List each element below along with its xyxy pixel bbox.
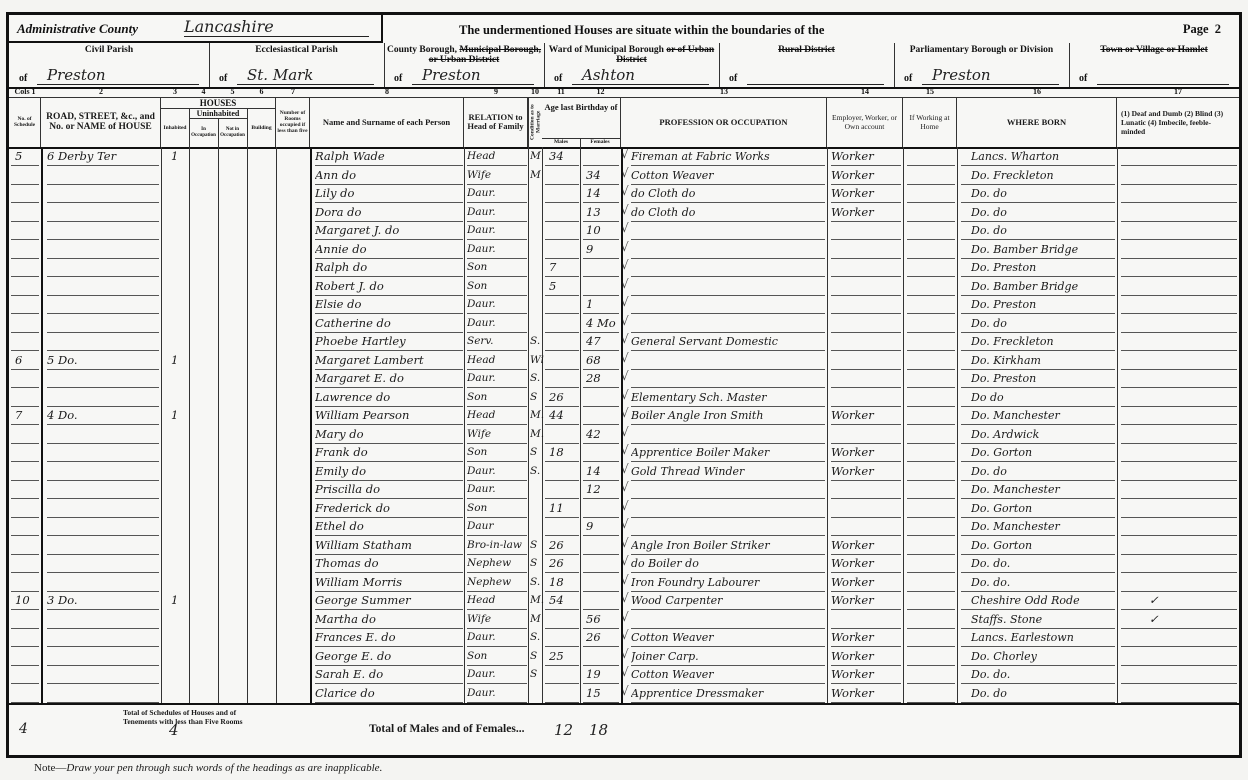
employer-status	[831, 389, 901, 406]
area-cell: Town or Village or Hamletof	[1069, 43, 1239, 87]
occupation	[631, 481, 826, 498]
birthplace: Do. do.	[971, 555, 1117, 572]
table-row: William MorrisNephewS.18Iron Foundry Lab…	[9, 573, 1239, 592]
relation: Wife	[467, 611, 527, 628]
address	[47, 611, 159, 628]
area-of-label: of	[19, 73, 27, 84]
table-row: Sarah E. doDaur.S19Cotton WeaverWorkerDo…	[9, 665, 1239, 684]
infirmity	[1149, 518, 1189, 535]
female-age: 1	[586, 296, 620, 313]
inhabited-count	[171, 648, 187, 665]
male-age	[549, 296, 579, 313]
relation: Nephew	[467, 555, 527, 572]
column-number: 17	[1117, 87, 1239, 96]
relation: Wife	[467, 426, 527, 443]
infirmity	[1149, 444, 1189, 461]
schedule-number	[15, 333, 39, 350]
area-title: Parliamentary Borough or Division	[894, 45, 1069, 55]
occupation: Angle Iron Boiler Striker	[631, 537, 826, 554]
occupation: Gold Thread Winder	[631, 463, 826, 480]
checkmark-icon: √	[621, 406, 629, 420]
person-name: Clarice do	[315, 685, 463, 702]
relation: Daur.	[467, 241, 527, 258]
female-age	[586, 389, 620, 406]
relation: Head	[467, 407, 527, 424]
male-age	[549, 481, 579, 498]
females-total: 18	[589, 721, 608, 739]
relation: Serv.	[467, 333, 527, 350]
address	[47, 333, 159, 350]
male-age	[549, 333, 579, 350]
inhabited-count	[171, 370, 187, 387]
address	[47, 222, 159, 239]
condition: M.	[530, 426, 544, 443]
area-title: Ecclesiastical Parish	[209, 45, 384, 55]
inhabited-count	[171, 463, 187, 480]
condition: S.	[530, 463, 544, 480]
checkmark-icon: √	[621, 573, 629, 587]
employer-status: Worker	[831, 685, 901, 702]
area-title: Town or Village or Hamlet	[1069, 45, 1239, 55]
relation: Son	[467, 648, 527, 665]
table-row: 65 Do.1Margaret LambertHeadWid68Do. Kirk…	[9, 351, 1239, 370]
infirmity	[1149, 370, 1189, 387]
employer-status: Worker	[831, 185, 901, 202]
table-row: Priscilla doDaur.12Do. Manchester√	[9, 480, 1239, 499]
condition	[530, 315, 544, 332]
employer-status	[831, 500, 901, 517]
table-row: Clarice doDaur.15Apprentice DressmakerWo…	[9, 684, 1239, 703]
infirmity	[1149, 222, 1189, 239]
entries-grid: 56 Derby Ter1Ralph WadeHeadM34Fireman at…	[9, 147, 1239, 703]
footnote: Note—Draw your pen through such words of…	[34, 762, 382, 774]
area-value: Preston	[412, 66, 534, 85]
male-age: 18	[549, 444, 579, 461]
infirmity	[1149, 685, 1189, 702]
checkmark-icon: √	[621, 314, 629, 328]
area-of-label: of	[904, 73, 912, 84]
inhabited-count	[171, 611, 187, 628]
occupation: Elementary Sch. Master	[631, 389, 826, 406]
schedule-number	[15, 555, 39, 572]
infirmity	[1149, 259, 1189, 276]
female-age: 14	[586, 185, 620, 202]
employer-status: Worker	[831, 574, 901, 591]
male-age: 34	[549, 148, 579, 165]
checkmark-icon: √	[621, 203, 629, 217]
table-row: Dora doDaur.13do Cloth doWorkerDo. do√	[9, 203, 1239, 222]
table-row: Lily doDaur.14do Cloth doWorkerDo. do√	[9, 184, 1239, 203]
person-name: Ralph Wade	[315, 148, 463, 165]
female-age	[586, 500, 620, 517]
inhabited-count	[171, 666, 187, 683]
inhabited-count	[171, 296, 187, 313]
condition: S	[530, 444, 544, 461]
male-age	[549, 685, 579, 702]
birthplace: Do. Preston	[971, 370, 1117, 387]
inhabited-count	[171, 167, 187, 184]
female-age	[586, 444, 620, 461]
condition: M	[530, 148, 544, 165]
schedule-number: 10	[15, 592, 39, 609]
column-heads: No. of Schedule ROAD, STREET, &c., and N…	[9, 97, 1239, 149]
address	[47, 685, 159, 702]
schedule-number	[15, 518, 39, 535]
female-age: 9	[586, 241, 620, 258]
person-name: Frank do	[315, 444, 463, 461]
address	[47, 648, 159, 665]
birthplace: Do. Preston	[971, 296, 1117, 313]
person-name: Margaret Lambert	[315, 352, 463, 369]
checkmark-icon: √	[621, 240, 629, 254]
condition	[530, 222, 544, 239]
area-of-label: of	[394, 73, 402, 84]
person-name: Ethel do	[315, 518, 463, 535]
area-of-label: of	[219, 73, 227, 84]
occupation	[631, 426, 826, 443]
occupation: Apprentice Dressmaker	[631, 685, 826, 702]
relation: Head	[467, 592, 527, 609]
page-label: Page	[1183, 22, 1209, 36]
infirmity	[1149, 463, 1189, 480]
male-age	[549, 222, 579, 239]
inhabited-count	[171, 315, 187, 332]
condition	[530, 204, 544, 221]
admin-county-box: Administrative County Lancashire	[9, 15, 383, 43]
checkmark-icon: √	[621, 684, 629, 698]
person-name: Frederick do	[315, 500, 463, 517]
female-age: 9	[586, 518, 620, 535]
birthplace: Do. Gorton	[971, 537, 1117, 554]
infirmity: ✓	[1149, 611, 1189, 628]
female-age: 47	[586, 333, 620, 350]
birthplace: Do. do	[971, 685, 1117, 702]
inhabited-total: 4	[169, 721, 179, 739]
employer-status	[831, 518, 901, 535]
condition: Wid	[530, 352, 544, 369]
relation: Daur.	[467, 296, 527, 313]
relation: Daur.	[467, 204, 527, 221]
schedule-number	[15, 222, 39, 239]
area-value: Preston	[37, 66, 199, 85]
birthplace: Do. do	[971, 204, 1117, 221]
column-number: Cols 1	[9, 87, 41, 96]
area-header-row: Civil Parish ofPrestonEcclesiastical Par…	[9, 43, 1239, 89]
infirmity	[1149, 167, 1189, 184]
address: 5 Do.	[47, 352, 159, 369]
schedule-number	[15, 426, 39, 443]
column-number: 4	[189, 87, 218, 96]
col-relation-head: RELATION to Head of Family	[464, 97, 528, 147]
table-row: Mary doWifeM.42Do. Ardwick√	[9, 425, 1239, 444]
female-age: 14	[586, 463, 620, 480]
male-age: 26	[549, 389, 579, 406]
column-number: 14	[827, 87, 903, 96]
employer-status: Worker	[831, 167, 901, 184]
address	[47, 241, 159, 258]
person-name: Robert J. do	[315, 278, 463, 295]
totals-row: 4 Total of Schedules of Houses and of Te…	[9, 703, 1239, 755]
table-row: George E. doSonS25Joiner Carp.WorkerDo. …	[9, 647, 1239, 666]
condition	[530, 481, 544, 498]
female-age: 26	[586, 629, 620, 646]
relation: Wife	[467, 167, 527, 184]
male-age	[549, 315, 579, 332]
person-name: William Morris	[315, 574, 463, 591]
checkmark-icon: √	[621, 369, 629, 383]
employer-status	[831, 315, 901, 332]
schedule-number	[15, 389, 39, 406]
not-in-occupation-label: Not in Occupation	[218, 119, 248, 147]
person-name: Annie do	[315, 241, 463, 258]
male-age	[549, 241, 579, 258]
female-age: 12	[586, 481, 620, 498]
schedule-number	[15, 315, 39, 332]
male-age	[549, 370, 579, 387]
column-number: 11	[542, 87, 580, 96]
area-title: Civil Parish	[9, 45, 209, 55]
female-age: 19	[586, 666, 620, 683]
person-name: Dora do	[315, 204, 463, 221]
inhabited-count	[171, 537, 187, 554]
table-row: 74 Do.1William PearsonHeadM.44Boiler Ang…	[9, 406, 1239, 425]
birthplace: Do. do	[971, 185, 1117, 202]
admin-county-label: Administrative County	[17, 21, 138, 37]
occupation	[631, 259, 826, 276]
employer-status: Worker	[831, 204, 901, 221]
column-number: 6	[247, 87, 276, 96]
checkmark-icon: √	[621, 295, 629, 309]
schedule-number	[15, 648, 39, 665]
condition	[530, 518, 544, 535]
address	[47, 278, 159, 295]
schedule-number	[15, 574, 39, 591]
table-row: Lawrence doSonS26Elementary Sch. MasterD…	[9, 388, 1239, 407]
occupation: Wood Carpenter	[631, 592, 826, 609]
table-row: Thomas doNephewS26do Boiler doWorkerDo. …	[9, 554, 1239, 573]
area-title-plain: Parliamentary Borough or Division	[910, 45, 1053, 55]
person-name: Priscilla do	[315, 481, 463, 498]
males-label: Males	[542, 138, 581, 147]
person-name: Frances E. do	[315, 629, 463, 646]
relation: Daur.	[467, 463, 527, 480]
condition: S	[530, 537, 544, 554]
infirmity	[1149, 537, 1189, 554]
age-label: Age last Birthday of	[542, 103, 620, 112]
table-row: Margaret E. doDaur.S.28Do. Preston√	[9, 369, 1239, 388]
relation: Daur.	[467, 481, 527, 498]
table-row: Ethel doDaur9Do. Manchester√	[9, 517, 1239, 536]
schedules-total: 4	[19, 721, 28, 737]
checkmark-icon: √	[621, 628, 629, 642]
area-title-plain: County Borough,	[387, 45, 457, 55]
employer-status	[831, 352, 901, 369]
area-of-label: of	[729, 73, 737, 84]
infirmity	[1149, 352, 1189, 369]
schedule-number	[15, 611, 39, 628]
inhabited-count	[171, 555, 187, 572]
col-condition-head: Condition as to Marriage	[528, 97, 542, 147]
person-name: William Statham	[315, 537, 463, 554]
infirmity	[1149, 185, 1189, 202]
occupation: Cotton Weaver	[631, 167, 826, 184]
address	[47, 296, 159, 313]
address: 3 Do.	[47, 592, 159, 609]
address	[47, 629, 159, 646]
employer-status	[831, 426, 901, 443]
birthplace: Do. Ardwick	[971, 426, 1117, 443]
birthplace: Do. Freckleton	[971, 167, 1117, 184]
area-cell: Parliamentary Borough or Division ofPres…	[894, 43, 1070, 87]
person-name: Thomas do	[315, 555, 463, 572]
male-age: 5	[549, 278, 579, 295]
birthplace: Do. Manchester	[971, 481, 1117, 498]
female-age: 28	[586, 370, 620, 387]
relation: Nephew	[467, 574, 527, 591]
birthplace: Do. do	[971, 222, 1117, 239]
males-total: 12	[554, 721, 573, 739]
address	[47, 444, 159, 461]
male-age	[549, 611, 579, 628]
female-age: 4 Mo	[586, 315, 620, 332]
employer-status: Worker	[831, 463, 901, 480]
person-name: Ralph do	[315, 259, 463, 276]
checkmark-icon: √	[621, 554, 629, 568]
relation: Bro-in-law	[467, 537, 527, 554]
condition: S.	[530, 629, 544, 646]
condition: S.	[530, 370, 544, 387]
condition	[530, 278, 544, 295]
schedule-number	[15, 666, 39, 683]
male-age	[549, 167, 579, 184]
area-title: Ward of Municipal Borough or of Urban Di…	[544, 45, 719, 65]
table-row: Martha doWifeM56Staffs. Stone✓√	[9, 610, 1239, 629]
table-row: 103 Do.1George SummerHeadM.54Wood Carpen…	[9, 591, 1239, 610]
checkmark-icon: √	[621, 480, 629, 494]
infirmity: ✓	[1149, 592, 1189, 609]
area-title-plain: Ward of Municipal Borough	[549, 45, 664, 55]
column-number: 5	[218, 87, 247, 96]
area-of-label: of	[554, 73, 562, 84]
employer-status	[831, 370, 901, 387]
employer-status	[831, 611, 901, 628]
relation: Son	[467, 500, 527, 517]
occupation: do Boiler do	[631, 555, 826, 572]
person-name: George E. do	[315, 648, 463, 665]
employer-status	[831, 333, 901, 350]
male-age: 11	[549, 500, 579, 517]
table-row: Emily doDaur.S.14Gold Thread WinderWorke…	[9, 462, 1239, 481]
col-employer-head: Employer, Worker, or Own account	[827, 97, 903, 147]
relation: Son	[467, 389, 527, 406]
employer-status	[831, 259, 901, 276]
male-age	[549, 518, 579, 535]
birthplace: Do. Bamber Bridge	[971, 241, 1117, 258]
condition	[530, 685, 544, 702]
occupation	[631, 518, 826, 535]
occupation	[631, 611, 826, 628]
condition: M.	[530, 407, 544, 424]
column-number: 15	[903, 87, 957, 96]
females-label: Females	[580, 138, 620, 147]
schedule-number: 5	[15, 148, 39, 165]
infirmity	[1149, 204, 1189, 221]
area-value: St. Mark	[237, 66, 374, 85]
inhabited-count	[171, 629, 187, 646]
person-name: Mary do	[315, 426, 463, 443]
female-age: 10	[586, 222, 620, 239]
building-label: Building	[247, 109, 276, 147]
column-number: 9	[464, 87, 528, 96]
male-age	[549, 185, 579, 202]
person-name: Sarah E. do	[315, 666, 463, 683]
address: 4 Do.	[47, 407, 159, 424]
checkmark-icon: √	[621, 147, 629, 161]
checkmark-icon: √	[621, 443, 629, 457]
male-age	[549, 204, 579, 221]
schedule-number	[15, 296, 39, 313]
condition: M	[530, 167, 544, 184]
table-row: Frank doSonS18Apprentice Boiler MakerWor…	[9, 443, 1239, 462]
col-rooms-head: Number of Rooms occupied if less than fi…	[276, 97, 310, 147]
address: 6 Derby Ter	[47, 148, 159, 165]
condition	[530, 259, 544, 276]
address	[47, 370, 159, 387]
checkmark-icon: √	[621, 351, 629, 365]
address	[47, 185, 159, 202]
schedule-number	[15, 685, 39, 702]
employer-status: Worker	[831, 444, 901, 461]
female-age	[586, 537, 620, 554]
checkmark-icon: √	[621, 517, 629, 531]
infirmity	[1149, 629, 1189, 646]
occupation	[631, 241, 826, 258]
schedule-number	[15, 204, 39, 221]
col-at-home-head: If Working at Home	[903, 97, 957, 147]
table-row: Robert J. doSon5Do. Bamber Bridge√	[9, 277, 1239, 296]
table-row: Annie doDaur.9Do. Bamber Bridge√	[9, 240, 1239, 259]
employer-status: Worker	[831, 148, 901, 165]
person-name: Elsie do	[315, 296, 463, 313]
male-age	[549, 666, 579, 683]
schedule-number	[15, 481, 39, 498]
checkmark-icon: √	[621, 277, 629, 291]
address	[47, 518, 159, 535]
male-age: 25	[549, 648, 579, 665]
female-age	[586, 592, 620, 609]
schedule-number	[15, 629, 39, 646]
female-age: 42	[586, 426, 620, 443]
houses-label: HOUSES	[161, 98, 275, 109]
birthplace: Lancs. Wharton	[971, 148, 1117, 165]
relation: Son	[467, 444, 527, 461]
employer-status: Worker	[831, 629, 901, 646]
schedule-number	[15, 259, 39, 276]
inhabited-count: 1	[171, 352, 187, 369]
address	[47, 463, 159, 480]
schedule-number	[15, 500, 39, 517]
occupation: Fireman at Fabric Works	[631, 148, 826, 165]
address	[47, 500, 159, 517]
person-name: Margaret J. do	[315, 222, 463, 239]
female-age	[586, 407, 620, 424]
checkmark-icon: √	[621, 332, 629, 346]
in-occupation-label: In Occupation	[189, 119, 219, 147]
occupation: do Cloth do	[631, 185, 826, 202]
checkmark-icon: √	[621, 258, 629, 272]
table-row: Frances E. doDaur.S.26Cotton WeaverWorke…	[9, 628, 1239, 647]
table-row: Elsie doDaur.1Do. Preston√	[9, 295, 1239, 314]
